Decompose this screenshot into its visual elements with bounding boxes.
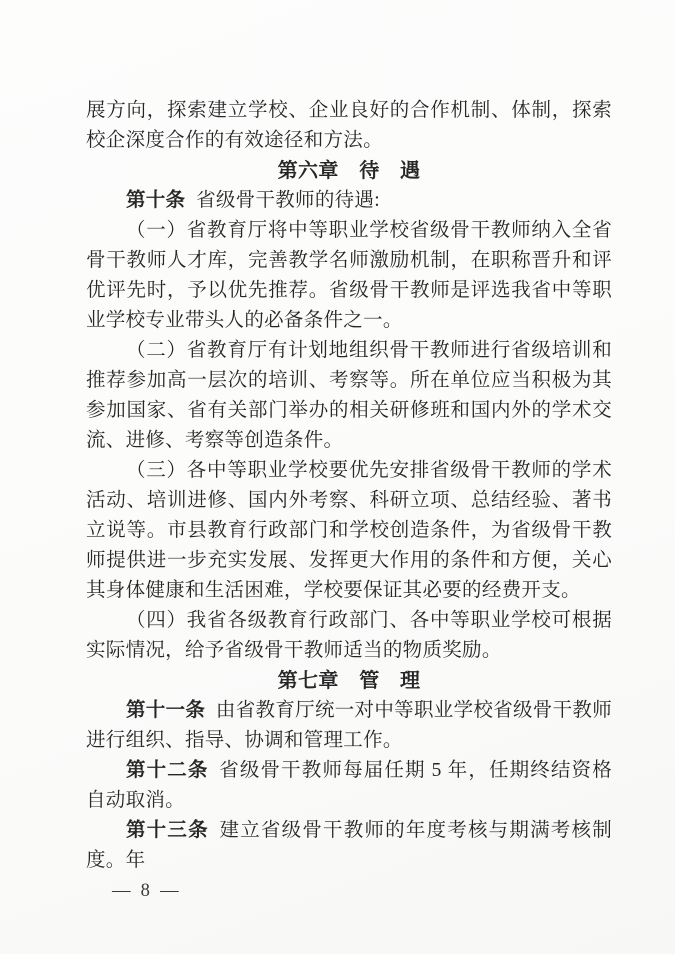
article-12-label: 第十二条 — [126, 760, 209, 781]
list-item-4: （四）我省各级教育行政部门、各中等职业学校可根据实际情况，给予省级骨干教师适当的… — [86, 606, 612, 666]
page-number: — 8 — — [112, 878, 612, 904]
article-10-text: 省级骨干教师的待遇: — [196, 190, 380, 211]
article-13-label: 第十三条 — [126, 820, 209, 841]
article-13: 第十三条建立省级骨干教师的年度考核与期满考核制度。年 — [86, 816, 612, 876]
paragraph-continuation: 展方向，探索建立学校、企业良好的合作机制、体制，探索校企深度合作的有效途径和方法… — [86, 96, 612, 156]
article-11-label: 第十一条 — [126, 700, 205, 721]
article-10-label: 第十条 — [126, 190, 185, 211]
document-page: 展方向，探索建立学校、企业良好的合作机制、体制，探索校企深度合作的有效途径和方法… — [0, 0, 675, 954]
chapter-heading-6: 第六章 待 遇 — [86, 156, 612, 186]
article-11: 第十一条由省教育厅统一对中等职业学校省级骨干教师进行组织、指导、协调和管理工作。 — [86, 696, 612, 756]
list-item-2: （二）省教育厅有计划地组织骨干教师进行省级培训和推荐参加高一层次的培训、考察等。… — [86, 336, 612, 456]
article-12: 第十二条省级骨干教师每届任期 5 年，任期终结资格自动取消。 — [86, 756, 612, 816]
list-item-1: （一）省教育厅将中等职业学校省级骨干教师纳入全省骨干教师人才库，完善教学名师激励… — [86, 216, 612, 336]
article-10: 第十条省级骨干教师的待遇: — [86, 186, 612, 216]
chapter-heading-7: 第七章 管 理 — [86, 666, 612, 696]
list-item-3: （三）各中等职业学校要优先安排省级骨干教师的学术活动、培训进修、国内外考察、科研… — [86, 456, 612, 606]
